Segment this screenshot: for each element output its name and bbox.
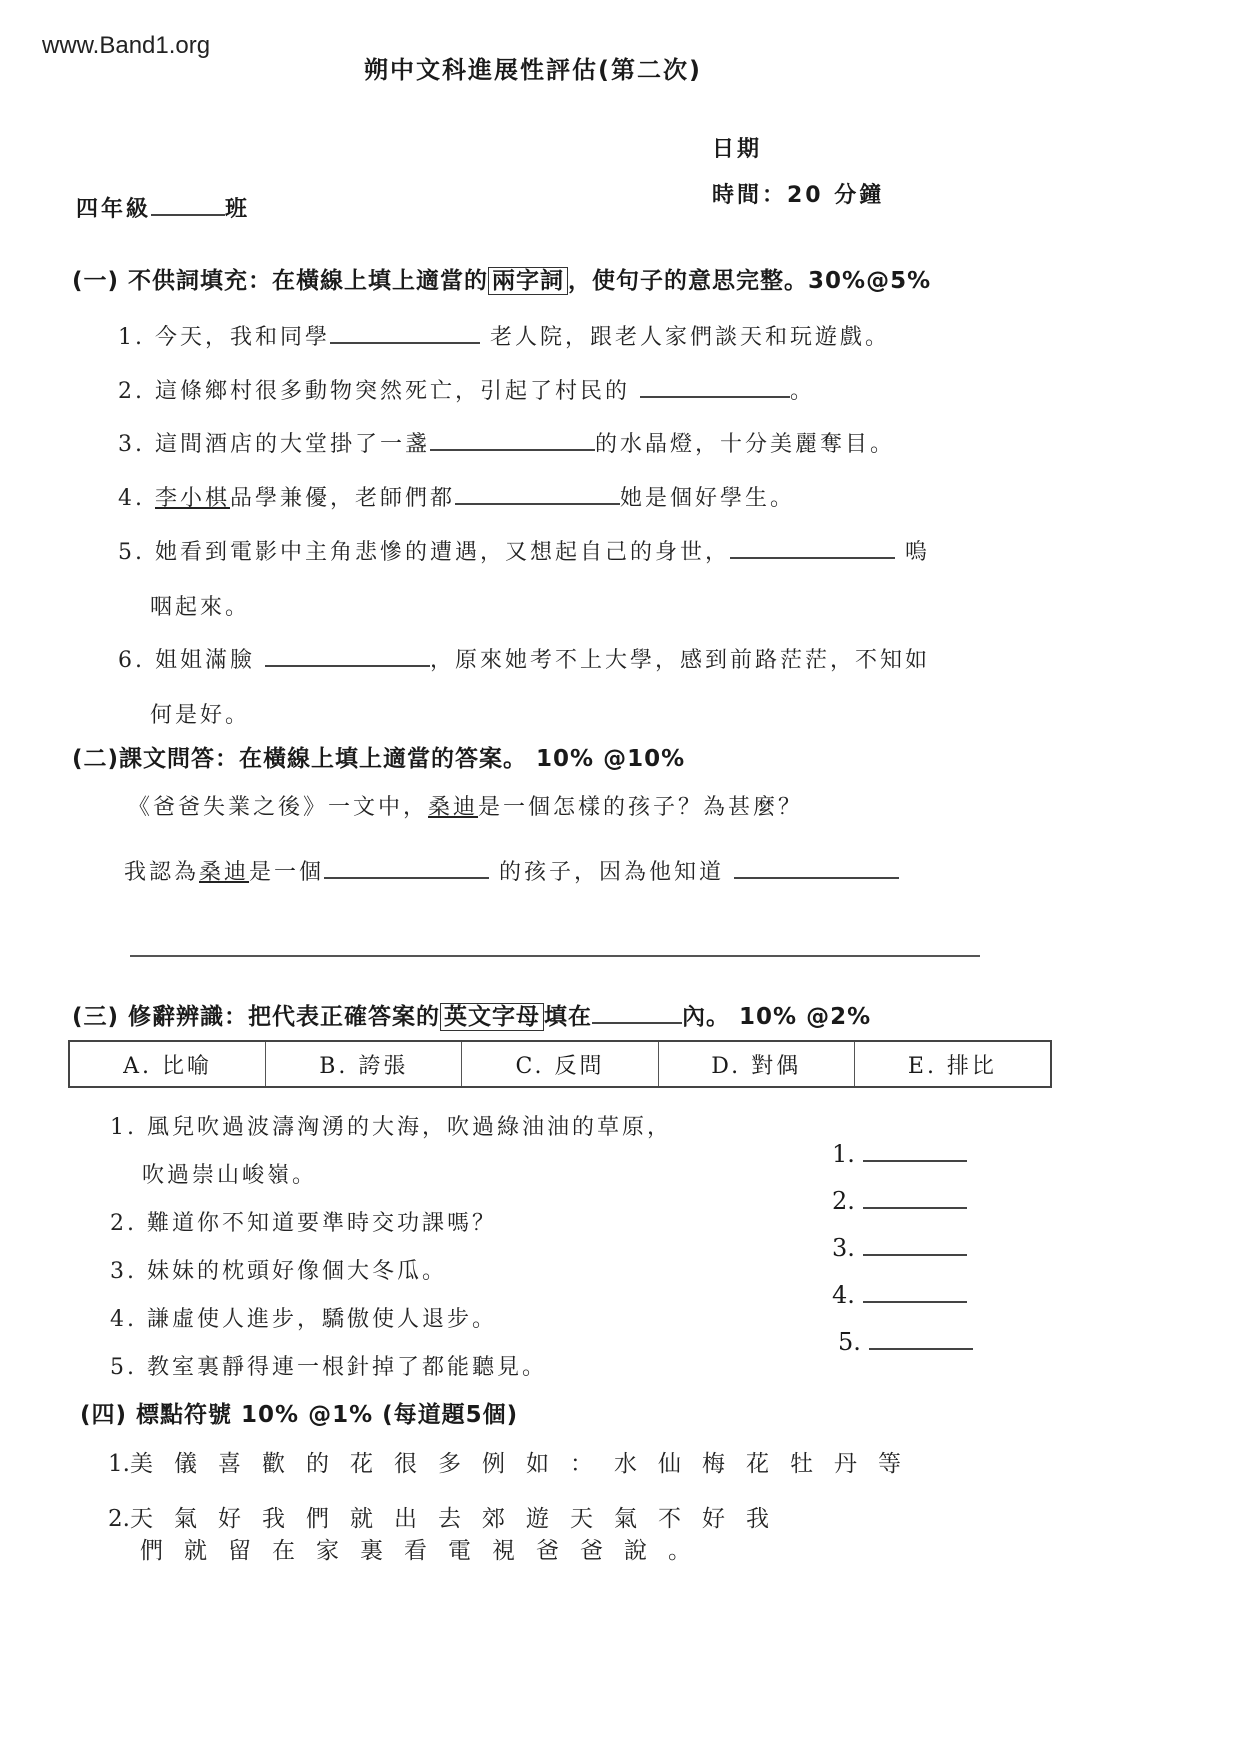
option-c: C. 反問 (462, 1042, 658, 1086)
option-d: D. 對偶 (659, 1042, 855, 1086)
s3-answer-2[interactable]: 2. (832, 1187, 967, 1215)
s4-question-2: 2.天氣好我們就出去郊遊天氣不好我 (108, 1500, 790, 1533)
option-e: E. 排比 (855, 1042, 1050, 1086)
class-blank[interactable] (151, 196, 225, 216)
s4-question-1: 1.美儀喜歡的花很多例如：水仙梅花牡丹等 (108, 1445, 922, 1478)
s1-question-5: 5. 她看到電影中主角悲慘的遭遇，又想起自己的身世， 嗚 (118, 535, 930, 566)
s3-question-5: 5. 教室裏靜得連一根針掉了都能聽見。 (110, 1350, 547, 1381)
s3-question-2: 2. 難道你不知道要準時交功課嗎？ (110, 1206, 497, 1237)
s3-answer-4[interactable]: 4. (832, 1281, 967, 1309)
s3-answer-3[interactable]: 3. (832, 1234, 967, 1262)
page-title: 朔中文科進展性評估(第二次) (364, 50, 702, 85)
time-label: 時間：20 分鐘 (712, 178, 884, 209)
watermark: www.Band1.org (42, 32, 210, 60)
option-a: A. 比喻 (70, 1042, 266, 1086)
s3-answer-1[interactable]: 1. (832, 1140, 967, 1168)
boxed-keyword: 兩字詞 (488, 267, 568, 295)
answer-blank[interactable] (455, 485, 620, 505)
s3-question-3: 3. 妹妹的枕頭好像個大冬瓜。 (110, 1254, 447, 1285)
heading-blank (592, 1004, 682, 1024)
s1-question-6-cont: 何是好。 (150, 698, 250, 729)
s1-question-4: 4. 李小棋品學兼優，老師們都她是個好學生。 (118, 481, 795, 512)
answer-blank[interactable] (265, 647, 430, 667)
section4-heading: (四) 標點符號 10% @1% (每道題5個) (80, 1396, 518, 1429)
s3-question-1: 1. 風兒吹過波濤洶湧的大海，吹過綠油油的草原， (110, 1110, 672, 1141)
section2-heading: (二)課文問答：在橫線上填上適當的答案。 10% @10% (72, 740, 685, 773)
grade-label: 四年級 (76, 197, 151, 222)
option-b: B. 誇張 (266, 1042, 462, 1086)
s2-question: 《爸爸失業之後》一文中，桑迪是一個怎樣的孩子？為甚麼？ (128, 790, 803, 821)
options-table: A. 比喻 B. 誇張 C. 反問 D. 對偶 E. 排比 (68, 1040, 1052, 1088)
boxed-keyword: 英文字母 (440, 1003, 544, 1031)
s4-question-2-cont: 們就留在家裏看電視爸爸說。 (140, 1532, 712, 1565)
grade-class-field: 四年級班 (76, 192, 250, 223)
answer-blank[interactable] (730, 539, 895, 559)
s1-question-6: 6. 姐姐滿臉 ，原來她考不上大學，感到前路茫茫，不知如 (118, 643, 930, 674)
s3-question-4: 4. 謙虛使人進步，驕傲使人退步。 (110, 1302, 497, 1333)
s1-question-5-cont: 咽起來。 (150, 590, 250, 621)
s2-answer-line: 我認為桑迪是一個 的孩子，因為他知道 (124, 855, 899, 886)
date-label: 日期 (712, 132, 762, 163)
section1-heading: (一) 不供詞填充：在橫線上填上適當的兩字詞，使句子的意思完整。30%@5% (72, 262, 931, 295)
s1-question-3: 3. 這間酒店的大堂掛了一盞的水晶燈，十分美麗奪目。 (118, 427, 895, 458)
section3-heading: (三) 修辭辨識：把代表正確答案的英文字母填在內。 10% @2% (72, 998, 871, 1031)
s1-question-1: 1. 今天，我和同學 老人院，跟老人家們談天和玩遊戲。 (118, 320, 890, 351)
s3-answer-5[interactable]: 5. (838, 1328, 973, 1356)
name-underlined: 李小棋 (155, 486, 230, 511)
answer-blank[interactable] (430, 431, 595, 451)
answer-blank[interactable] (324, 859, 489, 879)
s1-question-2: 2. 這條鄉村很多動物突然死亡，引起了村民的 。 (118, 374, 815, 405)
answer-blank[interactable] (330, 324, 480, 344)
answer-blank[interactable] (640, 378, 790, 398)
s2-answer-blank-2[interactable] (130, 955, 980, 957)
class-label: 班 (225, 197, 250, 222)
s3-question-1-cont: 吹過崇山峻嶺。 (142, 1158, 317, 1189)
answer-blank[interactable] (734, 859, 899, 879)
